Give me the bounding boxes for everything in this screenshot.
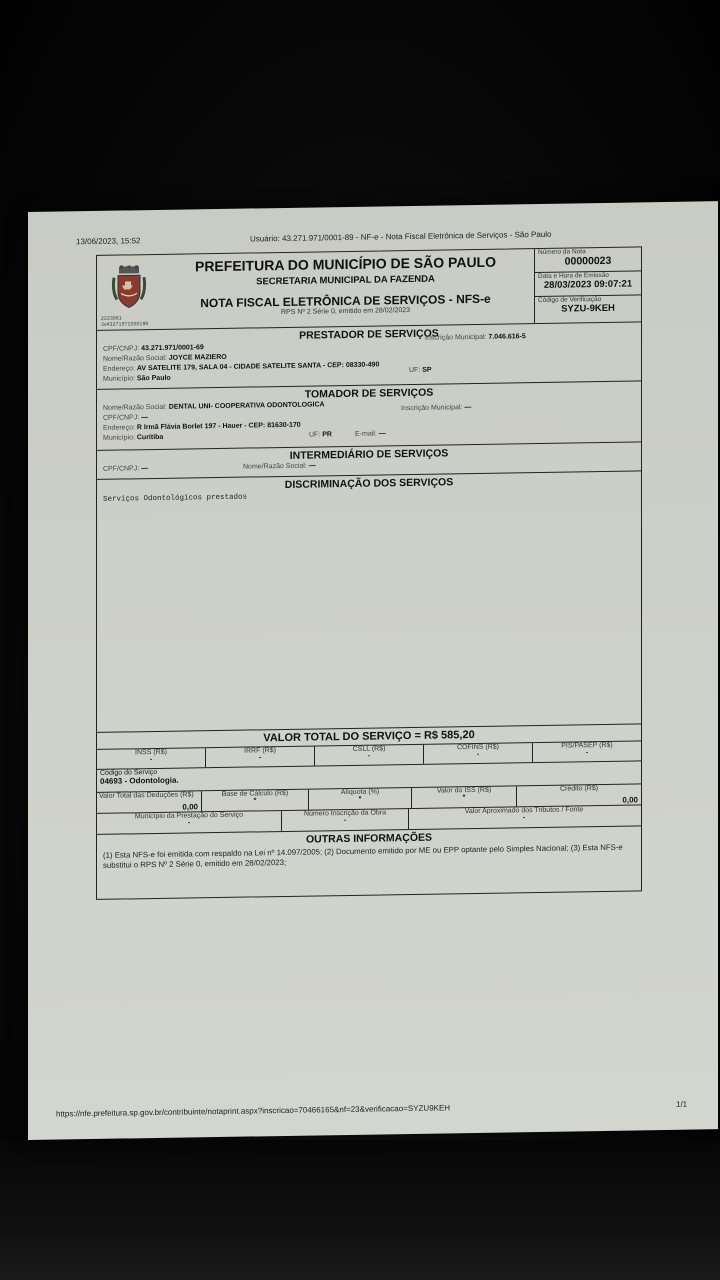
tax-cell: INSS (R$)- [97, 748, 206, 769]
prestador-municipio: São Paulo [137, 375, 171, 383]
tax-value: - [533, 748, 641, 758]
printed-page: 13/06/2023, 15:52 Usuário: 43.271.971/00… [28, 201, 718, 1140]
background-surface [0, 1140, 720, 1280]
calc-value: * [412, 793, 516, 803]
outras-informacoes-section: OUTRAS INFORMAÇÕES (1) Esta NFS-e foi em… [97, 826, 641, 899]
print-user-line: Usuário: 43.271.971/0001-89 - NF-e - Not… [250, 230, 551, 244]
tomador-im-label: Inscrição Municipal: [401, 404, 462, 412]
intermediario-cpf-label: CPF/CNPJ: [103, 465, 139, 473]
tax-cell: CSLL (R$)- [315, 745, 424, 766]
prestador-section: PRESTADOR DE SERVIÇOS CPF/CNPJ: 43.271.9… [97, 322, 641, 390]
secretaria-subtitle: SECRETARIA MUNICIPAL DA FAZENDA [157, 272, 534, 289]
discriminacao-section: DISCRIMINAÇÃO DOS SERVIÇOS Serviços Odon… [97, 471, 641, 733]
sao-paulo-coat-of-arms-icon [111, 265, 147, 310]
calc-label: Valor Total das Deduções (R$) [97, 791, 201, 800]
calc-value: * [202, 797, 308, 807]
tax-cell: PIS/PASEP (R$)- [533, 741, 641, 762]
tax-cell: IRRF (R$)- [206, 746, 315, 767]
tomador-im: — [464, 404, 471, 411]
prestador-uf: SP [422, 367, 431, 374]
calc-cell: Crédito (R$)0,00 [517, 784, 641, 806]
calc-cell: Base de Cálculo (R$)* [202, 790, 309, 812]
calc-value: 0,00 [182, 802, 198, 811]
tomador-nome-label: Nome/Razão Social: [103, 404, 167, 412]
calc-value: 0,00 [622, 795, 638, 804]
prestador-endereco-label: Endereço: [103, 365, 135, 373]
calc-value: * [309, 795, 411, 805]
prestador-uf-label: UF: [409, 367, 420, 374]
numero-nota-cell: Número da Nota 00000023 [535, 247, 641, 273]
calc-label: Crédito (R$) [517, 784, 641, 793]
tax-value: - [424, 750, 532, 760]
print-datetime: 13/06/2023, 15:52 [76, 236, 141, 246]
tax-value: - [97, 755, 205, 765]
data-emissao-value: 28/03/2023 09:07:21 [538, 278, 638, 292]
numero-nota-value: 00000023 [538, 254, 638, 268]
tax-cell: COFINS (R$)- [424, 743, 533, 764]
prefeitura-title: PREFEITURA DO MUNICÍPIO DE SÃO PAULO [157, 253, 534, 275]
invoice-form: 2223961 3v43271971000189 PREFEITURA DO M… [96, 246, 642, 900]
extra-cell: Número Inscrição da Obra- [282, 809, 409, 831]
tomador-cpf: — [141, 414, 148, 421]
calc-cell: Alíquota (%)* [309, 788, 412, 810]
tomador-municipio: Curitiba [137, 434, 163, 441]
extra-cell: Valor Aproximado dos Tributos / Fonte- [409, 805, 639, 829]
calc-cell: Valor do ISS (R$)* [412, 786, 517, 808]
tax-value: - [315, 752, 423, 762]
print-footer-url: https://nfe.prefeitura.sp.gov.br/contrib… [56, 1103, 450, 1118]
prestador-cpf-label: CPF/CNPJ: [103, 345, 139, 353]
extra-value: - [97, 818, 281, 829]
prestador-municipio-label: Município: [103, 375, 135, 383]
intermediario-cpf: — [141, 465, 148, 472]
intermediario-nome: — [309, 462, 316, 469]
tax-value: - [206, 754, 314, 764]
tomador-municipio-label: Município: [103, 434, 135, 442]
tomador-uf-label: UF: [309, 431, 320, 438]
tomador-email-label: E-mail: [355, 431, 377, 438]
prestador-cpf: 43.271.971/0001-69 [141, 344, 204, 352]
codigo-verificacao-cell: Código de Verificação SYZU-9KEH [535, 295, 641, 321]
prestador-nome: JOYCE MAZIERO [169, 354, 227, 362]
data-emissao-cell: Data e Hora de Emissão 28/03/2023 09:07:… [535, 271, 641, 297]
tomador-endereco-label: Endereço: [103, 424, 135, 432]
prestador-im-label: Inscrição Municipal: [425, 334, 486, 342]
header-titles: PREFEITURA DO MUNICÍPIO DE SÃO PAULO SEC… [157, 249, 534, 329]
intermediario-nome-label: Nome/Razão Social: [243, 463, 307, 471]
codigo-verificacao-value: SYZU-9KEH [538, 302, 638, 316]
tomador-section: TOMADOR DE SERVIÇOS Nome/Razão Social: D… [97, 381, 641, 451]
tomador-email: — [379, 430, 386, 437]
tomador-nome: DENTAL UNI- COOPERATIVA ODONTOLOGICA [169, 401, 325, 410]
invoice-meta: Número da Nota 00000023 Data e Hora de E… [534, 247, 641, 323]
tomador-uf: PR [322, 431, 332, 438]
calc-cell: Valor Total das Deduções (R$)0,00 [97, 791, 202, 813]
logo-code: 2223961 3v43271971000189 [101, 315, 157, 328]
prestador-nome-label: Nome/Razão Social: [103, 355, 167, 363]
tomador-endereco: R Irmã Flávia Borlet 197 - Hauer - CEP: … [137, 422, 301, 432]
tomador-cpf-label: CPF/CNPJ: [103, 414, 139, 422]
extra-value: - [282, 816, 408, 826]
prestador-im: 7.046.616-5 [488, 333, 525, 341]
print-footer-page: 1/1 [676, 1100, 687, 1109]
extra-cell: Município da Prestação do Serviço- [97, 811, 282, 834]
logo-area: 2223961 3v43271971000189 [97, 255, 157, 330]
invoice-header: 2223961 3v43271971000189 PREFEITURA DO M… [97, 247, 641, 331]
